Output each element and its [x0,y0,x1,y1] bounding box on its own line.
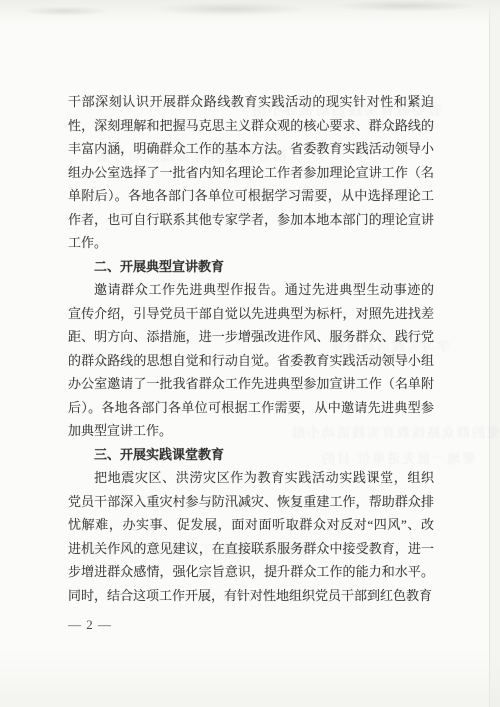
text-line: 把地震灾区、洪涝灾区作为教育实践活动实践课堂，组织 [68,466,434,490]
text-line: 丰富内涵，明确群众工作的基本方法。省委教育实践活动领导小 [68,137,434,161]
text-line: 组办公室选择了一批省内知名理论工作者参加理论宣讲工作（名 [68,161,434,185]
text-line: 邀请群众工作先进典型作报告。通过先进典型生动事迹的 [68,278,434,302]
scan-right-margin-strip [490,0,500,707]
text-line: 干部深刻认识开展群众路线教育实践活动的现实针对性和紧迫 [68,90,434,114]
text-line: 性，深刻理解和把握马克思主义群众观的核心要求、群众路线的 [68,114,434,138]
page-number: — 2 — [68,617,112,633]
text-line: 党员干部深入重灾村参与防汛减灾、恢复重建工作，帮助群众排 [68,490,434,514]
scan-smudge [20,6,110,16]
scan-right-edge-line [489,0,490,707]
text-line: 同时，结合这项工作开展，有针对性地组织党员干部到红色教育 [68,584,434,608]
document-page: 省委教育实践活动领导小组群众路线教育实践活动方案学习实践活动领导省委党的群众路线… [0,0,500,707]
document-body: 干部深刻认识开展群众路线教育实践活动的现实针对性和紧迫性，深刻理解和把握马克思主… [68,90,434,607]
text-line: 工作。 [68,231,434,255]
text-line: 步增进群众感情，强化宗旨意识，提升群众工作的能力和水平。 [68,560,434,584]
scan-smudge [150,2,310,16]
text-line: 宣传介绍，引导党员干部自觉以先进典型为标杆，对照先进找差 [68,302,434,326]
scan-artifact-bottom-shading [0,650,500,707]
text-line: 单附后）。各地各部门各单位可根据学习需要，从中选择理论工 [68,184,434,208]
text-line: 距、明方向、添措施，进一步增强改进作风、服务群众、践行党 [68,325,434,349]
text-line: 办公室邀请了一批我省群众工作先进典型参加宣讲工作（名单附 [68,372,434,396]
section-heading: 二、开展典型宣讲教育 [94,255,434,279]
text-line: 忧解难，办实事、促发展，面对面听取群众对反对“四风”、改 [68,513,434,537]
section-heading: 三、开展实践课堂教育 [94,443,434,467]
text-line: 后）。各地各部门各单位可根据工作需要，从中邀请先进典型参 [68,396,434,420]
scan-smudge [330,0,480,12]
text-line: 作者，也可自行联系其他专家学者，参加本地本部门的理论宣讲 [68,208,434,232]
text-line: 加典型宣讲工作。 [68,419,434,443]
text-line: 的群众路线的思想自觉和行动自觉。省委教育实践活动领导小组 [68,349,434,373]
text-line: 进机关作风的意见建议，在直接联系服务群众中接受教育，进一 [68,537,434,561]
